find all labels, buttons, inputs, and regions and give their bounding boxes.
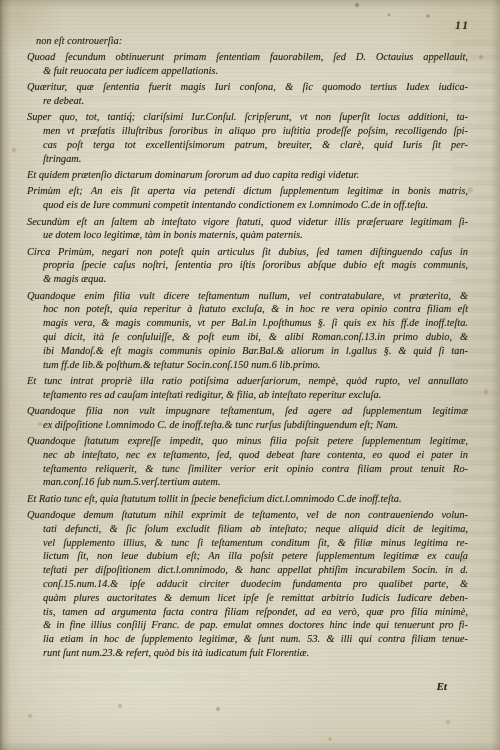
text-line: man.conſ.16 ſub num.5.verſ.tertium autem… [27, 476, 468, 490]
text-line: ex diſpoſitione l.omnimodo C. de inoff.t… [27, 419, 468, 433]
text-line: conſ.15.num.14.& ipſe adducit circiter d… [27, 578, 468, 592]
text-line: Super quo, tot, tantiq́; clariſsimi Iur.… [27, 111, 468, 125]
text-line: Circa Primùm, negari non poteſt quin art… [27, 246, 468, 260]
text-line: propria ſpecie caſus noſtri, ſententia p… [27, 259, 468, 273]
text-line: vel ſupplemento illius, & tunc ſi teſtam… [27, 537, 468, 551]
text-line: teſtamento res ad cauſam inteſtati redig… [27, 389, 468, 403]
text-line: magis vera, & magis communis, vt per Bal… [27, 317, 468, 331]
text-line: Et tunc intrat propriè illa ratio potiſs… [27, 375, 468, 389]
ink-bleedthrough [40, 660, 240, 690]
text-line: Secundùm eſt an ſaltem ab inteſtato vigo… [27, 216, 468, 230]
text-line: Quandoque ſtatutum expreſſe impedit, quo… [27, 435, 468, 449]
text-line: & in fine illius conſilij Franc. de pap.… [27, 619, 468, 633]
text-line: runt ſunt num.23.& refert, quòd bis ità … [27, 647, 468, 661]
text-line: quàm plures auctoritates & demum licet i… [27, 592, 468, 606]
book-page: 11 non eſt controuerſia:Quoad ſecundum o… [0, 0, 500, 750]
catchword: Et [437, 681, 447, 693]
text-line: non eſt controuerſia: [27, 35, 468, 49]
text-line: quod eis de Iure communi competit intent… [27, 199, 468, 213]
text-line: hoc non poteſt, quia reperitur à ſtatuto… [27, 303, 468, 317]
text-line: qui dicit, ità ſe conſuluiſſe, & poſt eu… [27, 331, 468, 345]
text-line: ue dotem loco legitimæ, tàm in bonis mat… [27, 229, 468, 243]
text-line: ſtringam. [27, 153, 468, 167]
text-line: Quandoque filia non vult impugnare teſta… [27, 405, 468, 419]
text-line: tum ff.de lib.& poſthum.& teſtatur Socin… [27, 359, 468, 373]
text-line: lia etiam in hoc de ſupplemento legitimæ… [27, 633, 468, 647]
text-line: men vt præfatis illuſtribus ſororibus in… [27, 125, 468, 139]
page-number: 11 [455, 20, 470, 32]
text-line: nec ab inteſtato, nec ex teſtamento, ſed… [27, 449, 468, 463]
text-line: Et quidem prætenſio dictarum dominarum ſ… [27, 169, 468, 183]
text-line: tis, tamen ad argumenta facta contra fil… [27, 606, 468, 620]
text-line: Quæritur, quæ ſententia fuerit magis Iur… [27, 81, 468, 95]
text-line: tati defuncti, & ſic ſolum excludit fili… [27, 523, 468, 537]
text-line: & fuit reuocata per iudicem appellationi… [27, 65, 468, 79]
text-line: teſtamento reliquerit, & tunc ſimiliter … [27, 463, 468, 477]
text-line: cas poſt terga tot excellentiſsimorum pa… [27, 139, 468, 153]
text-line: Primùm eſt; An eis ſit aperta via petend… [27, 185, 468, 199]
text-line: Quoad ſecundum obtinuerunt primam ſenten… [27, 51, 468, 65]
text-line: re debeat. [27, 95, 468, 109]
text-line: Et Ratio tunc eſt, quia ſtatutum tollit … [27, 493, 468, 507]
text-line: Quandoque demum ſtatutum nihil exprimit … [27, 509, 468, 523]
text-line: Quandoque enim filia vult dicere teſtame… [27, 290, 468, 304]
text-line: & magis æqua. [27, 273, 468, 287]
text-line: lictum ſit, non leue dubium eſt; An illa… [27, 550, 468, 564]
text-line: teſtati per diſpoſitionem dict.l.omnimod… [27, 564, 468, 578]
text-line: ibi Mandoſ.& eſt magis communis opinio B… [27, 345, 468, 359]
text-block: non eſt controuerſia:Quoad ſecundum obti… [27, 35, 468, 661]
